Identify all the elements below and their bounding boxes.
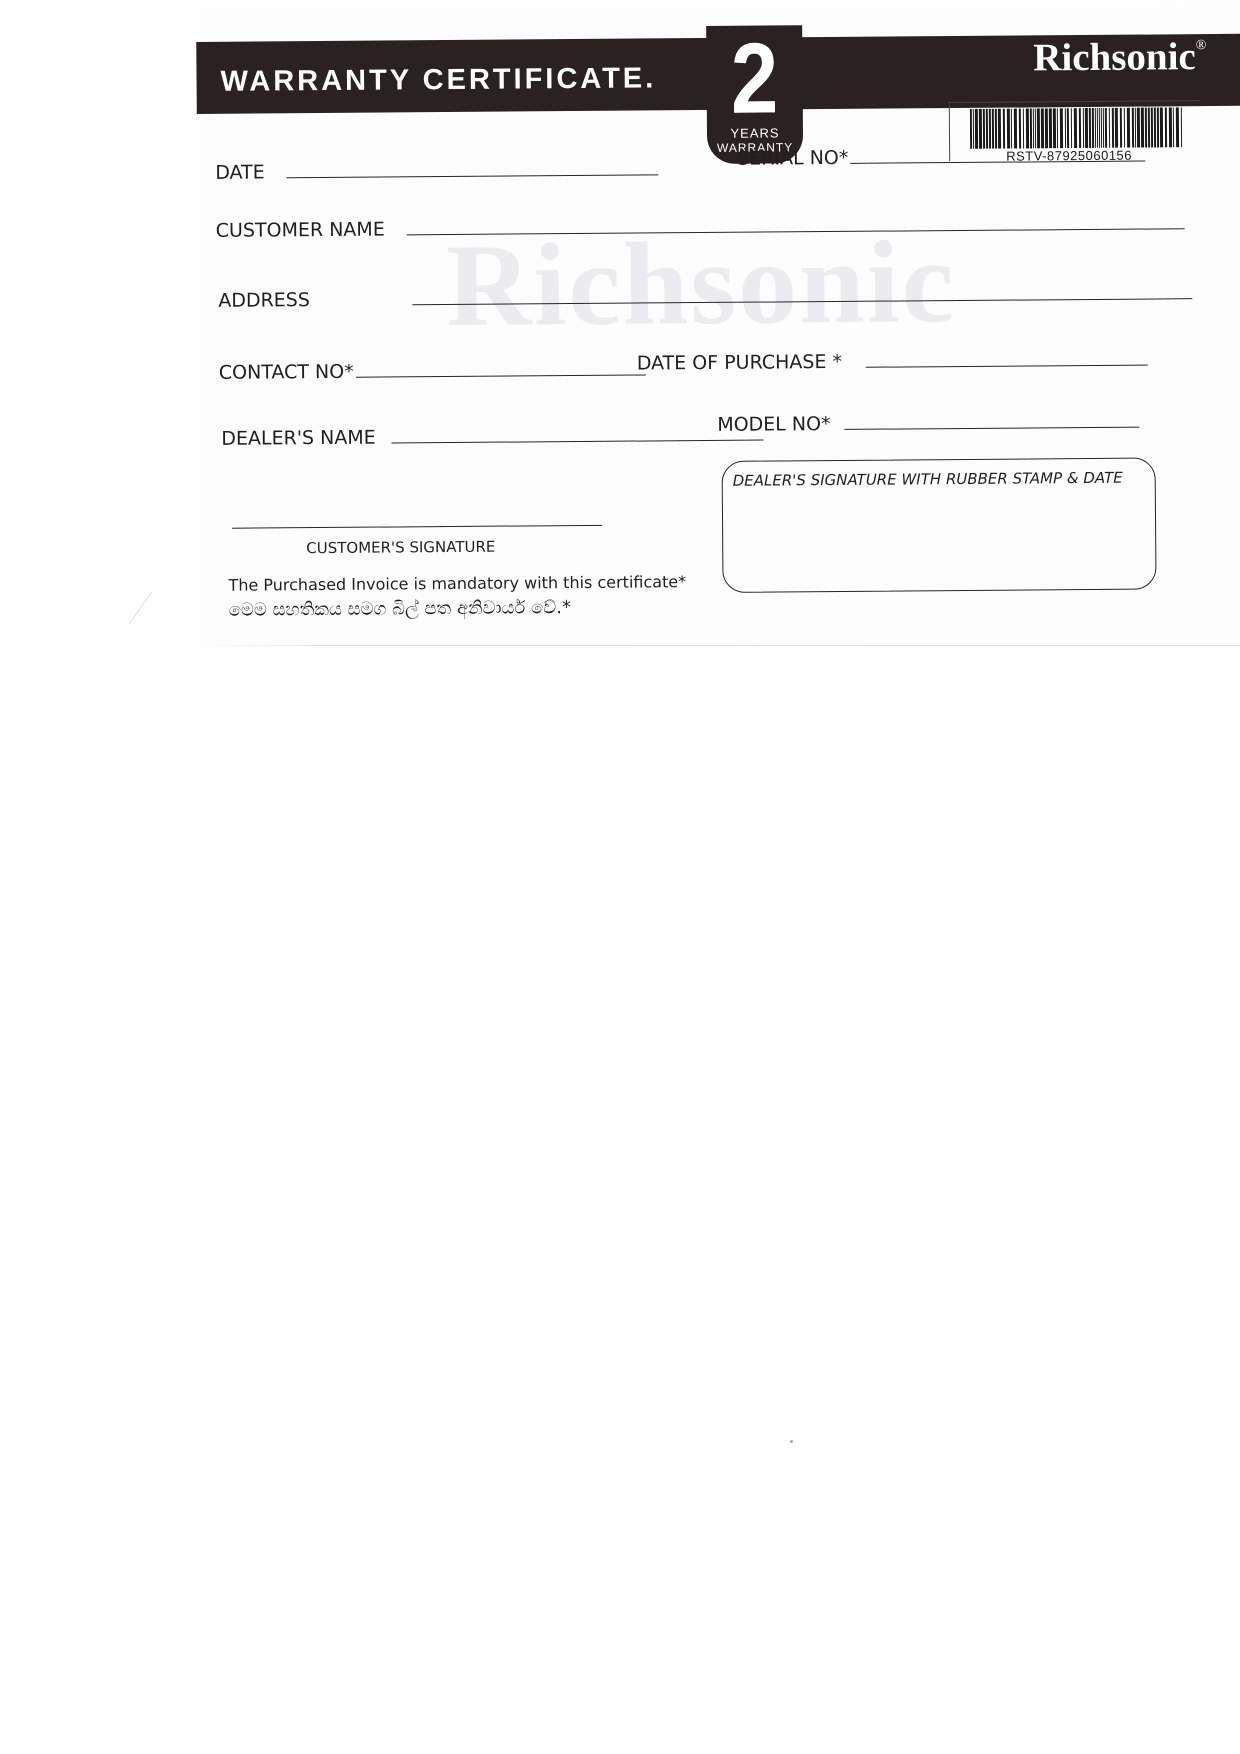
invoice-mandatory-note: The Purchased Invoice is mandatory with … [228, 572, 686, 595]
date-field[interactable]: DATE [215, 158, 659, 183]
date-label: DATE [215, 161, 265, 183]
warranty-badge: 2 YEARS WARRANTY [706, 25, 803, 164]
customer-name-field[interactable]: CUSTOMER NAME [216, 212, 1185, 242]
date-of-purchase-field[interactable]: DATE OF PURCHASE * [637, 349, 1148, 375]
contact-no-label: CONTACT NO* [219, 361, 354, 384]
scan-speck [790, 1440, 793, 1443]
model-no-input-line[interactable] [845, 427, 1140, 430]
dealer-signature-stamp-box[interactable]: DEALER'S SIGNATURE WITH RUBBER STAMP & D… [722, 457, 1157, 592]
barcode-icon [970, 107, 1182, 149]
customer-name-input-line[interactable] [407, 228, 1185, 235]
contact-no-field[interactable]: CONTACT NO* [219, 358, 646, 383]
registered-mark: ® [1196, 38, 1207, 53]
invoice-mandatory-note-sinhala: මෙම සහතිකය සමග බිල් පත අනිවාර්ය වේ.* [229, 597, 571, 621]
dealers-name-label: DEALER'S NAME [221, 427, 376, 450]
address-input-line[interactable] [412, 298, 1192, 305]
scan-mark [129, 591, 153, 624]
warranty-certificate: Richsonic WARRANTY CERTIFICATE. Richsoni… [196, 2, 1240, 646]
serial-no-field[interactable]: SERIAL NO* [737, 145, 1145, 170]
customer-signature-line[interactable] [232, 525, 602, 529]
date-of-purchase-input-line[interactable] [866, 365, 1148, 368]
customer-signature-label: CUSTOMER'S SIGNATURE [306, 538, 495, 557]
dealer-signature-label: DEALER'S SIGNATURE WITH RUBBER STAMP & D… [733, 469, 1123, 490]
serial-no-label: SERIAL NO* [737, 147, 848, 170]
address-field[interactable]: ADDRESS [218, 282, 1192, 312]
model-no-label: MODEL NO* [717, 413, 830, 436]
brand-logo: Richsonic® [1033, 34, 1207, 80]
serial-no-input-line[interactable] [850, 161, 1145, 164]
date-of-purchase-label: DATE OF PURCHASE * [637, 351, 842, 375]
brand-name: Richsonic [1033, 35, 1196, 79]
certificate-title: WARRANTY CERTIFICATE. [220, 62, 656, 98]
model-no-field[interactable]: MODEL NO* [717, 411, 1139, 436]
dealers-name-input-line[interactable] [392, 440, 764, 444]
date-input-line[interactable] [287, 174, 659, 178]
contact-no-input-line[interactable] [356, 374, 646, 377]
dealers-name-field[interactable]: DEALER'S NAME [221, 424, 764, 450]
warranty-years-number: 2 [713, 33, 795, 124]
customer-name-label: CUSTOMER NAME [216, 219, 385, 242]
address-label: ADDRESS [218, 289, 310, 312]
